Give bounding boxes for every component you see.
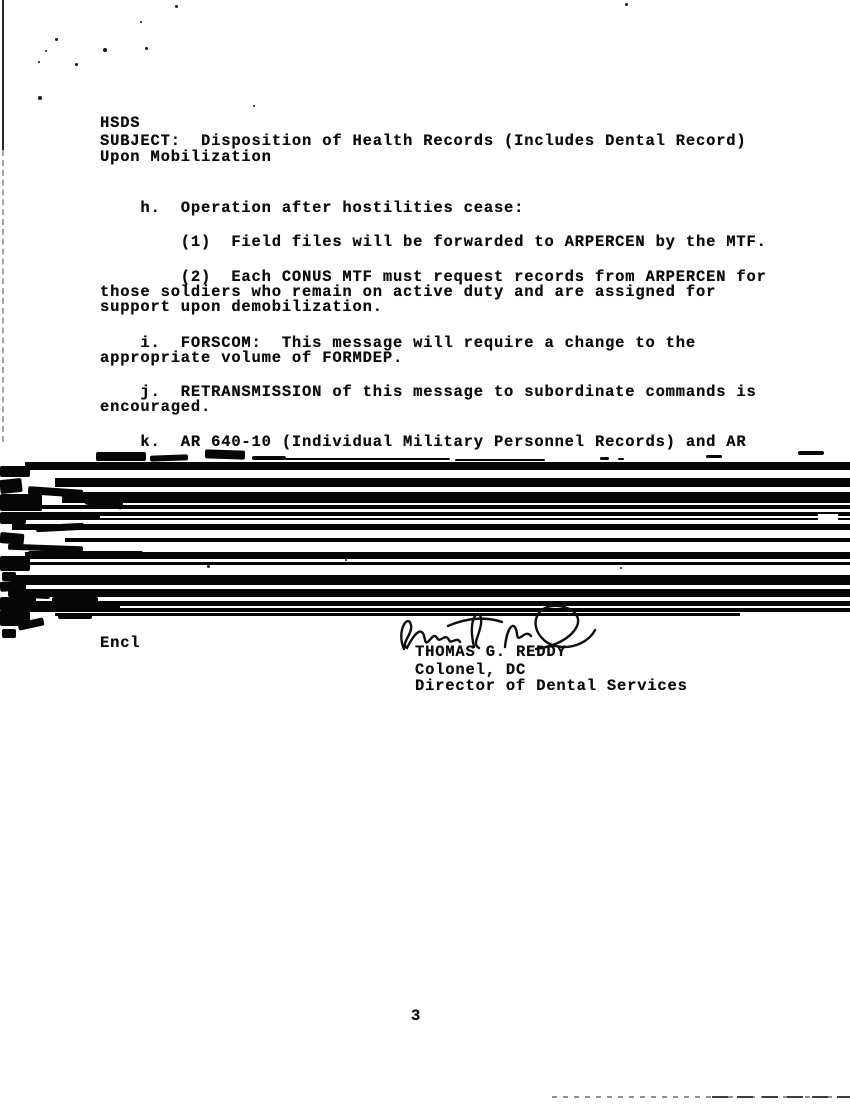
para-h2-cont2: support upon demobilization.	[100, 300, 383, 315]
redaction-bar-gap	[100, 516, 850, 518]
signer-title: Director of Dental Services	[415, 679, 688, 694]
redaction-bar	[20, 505, 850, 509]
scan-speck	[620, 567, 622, 569]
para-k: k. AR 640-10 (Individual Military Person…	[100, 435, 747, 450]
signer-rank: Colonel, DC	[415, 663, 526, 678]
scan-ink-blob	[58, 614, 92, 619]
scan-ink-blob	[0, 597, 36, 611]
scan-bottom-dark-dashes	[712, 1096, 850, 1098]
scan-speck	[140, 21, 142, 23]
scan-speck	[207, 565, 210, 568]
garbled-text-fragment	[798, 451, 824, 455]
subject-line-cont: Upon Mobilization	[100, 150, 272, 165]
scan-speck	[75, 63, 78, 66]
scan-ink-blob	[0, 466, 30, 477]
scan-ink-blob	[0, 512, 26, 524]
scan-ink-blob	[52, 597, 98, 604]
scan-speck	[55, 38, 58, 41]
scan-ink-blob	[0, 556, 30, 571]
scan-speck	[625, 3, 628, 6]
scan-speck	[253, 105, 255, 107]
signer-name: THOMAS G. REDDY	[415, 645, 567, 660]
subject-line: SUBJECT: Disposition of Health Records (…	[100, 134, 747, 149]
redaction-bar	[25, 552, 850, 559]
scan-ink-blob	[36, 523, 84, 533]
enclosure-label: Encl	[100, 636, 140, 651]
garbled-text-fragment	[285, 458, 450, 460]
scan-speck	[103, 48, 107, 52]
redaction-bar	[15, 575, 850, 585]
redaction-bar	[62, 492, 850, 503]
scan-ink-blob	[0, 494, 42, 511]
redaction-bar	[12, 589, 850, 597]
scan-speck	[145, 47, 148, 50]
scan-speck	[345, 559, 347, 561]
redaction-bar	[30, 562, 850, 565]
scan-ink-blob	[0, 478, 23, 494]
para-h: h. Operation after hostilities cease:	[100, 201, 524, 216]
scan-speck	[175, 5, 178, 8]
para-j-cont: encouraged.	[100, 400, 211, 415]
scan-ink-blob	[2, 629, 16, 638]
para-i-cont: appropriate volume of FORMDEP.	[100, 351, 403, 366]
para-h1: (1) Field files will be forwarded to ARP…	[100, 235, 767, 250]
scan-edge-dashed-line	[2, 150, 4, 442]
scanned-memo-page: HSDS SUBJECT: Disposition of Health Reco…	[0, 0, 850, 1105]
redaction-bar	[65, 538, 850, 542]
redaction-bar	[55, 478, 850, 487]
page-number: 3	[411, 1009, 421, 1024]
scan-edge-line	[2, 0, 4, 150]
garbled-text-fragment	[706, 455, 722, 458]
scan-ink-blob	[2, 572, 16, 581]
scan-ink-blob	[28, 551, 143, 557]
garbled-text-fragment	[252, 456, 286, 460]
garbled-text-fragment	[205, 449, 245, 459]
scan-speck	[38, 96, 42, 100]
garbled-text-fragment	[96, 452, 146, 461]
garbled-text-fragment	[455, 459, 545, 461]
redaction-bar	[12, 524, 850, 530]
redaction-bar-gap	[818, 514, 838, 520]
garbled-text-fragment	[600, 457, 609, 460]
scan-speck	[45, 50, 47, 52]
scan-speck	[38, 61, 40, 63]
office-symbol: HSDS	[100, 116, 140, 131]
garbled-text-fragment	[150, 454, 188, 461]
redaction-bar	[25, 462, 850, 470]
garbled-text-fragment	[618, 458, 624, 460]
